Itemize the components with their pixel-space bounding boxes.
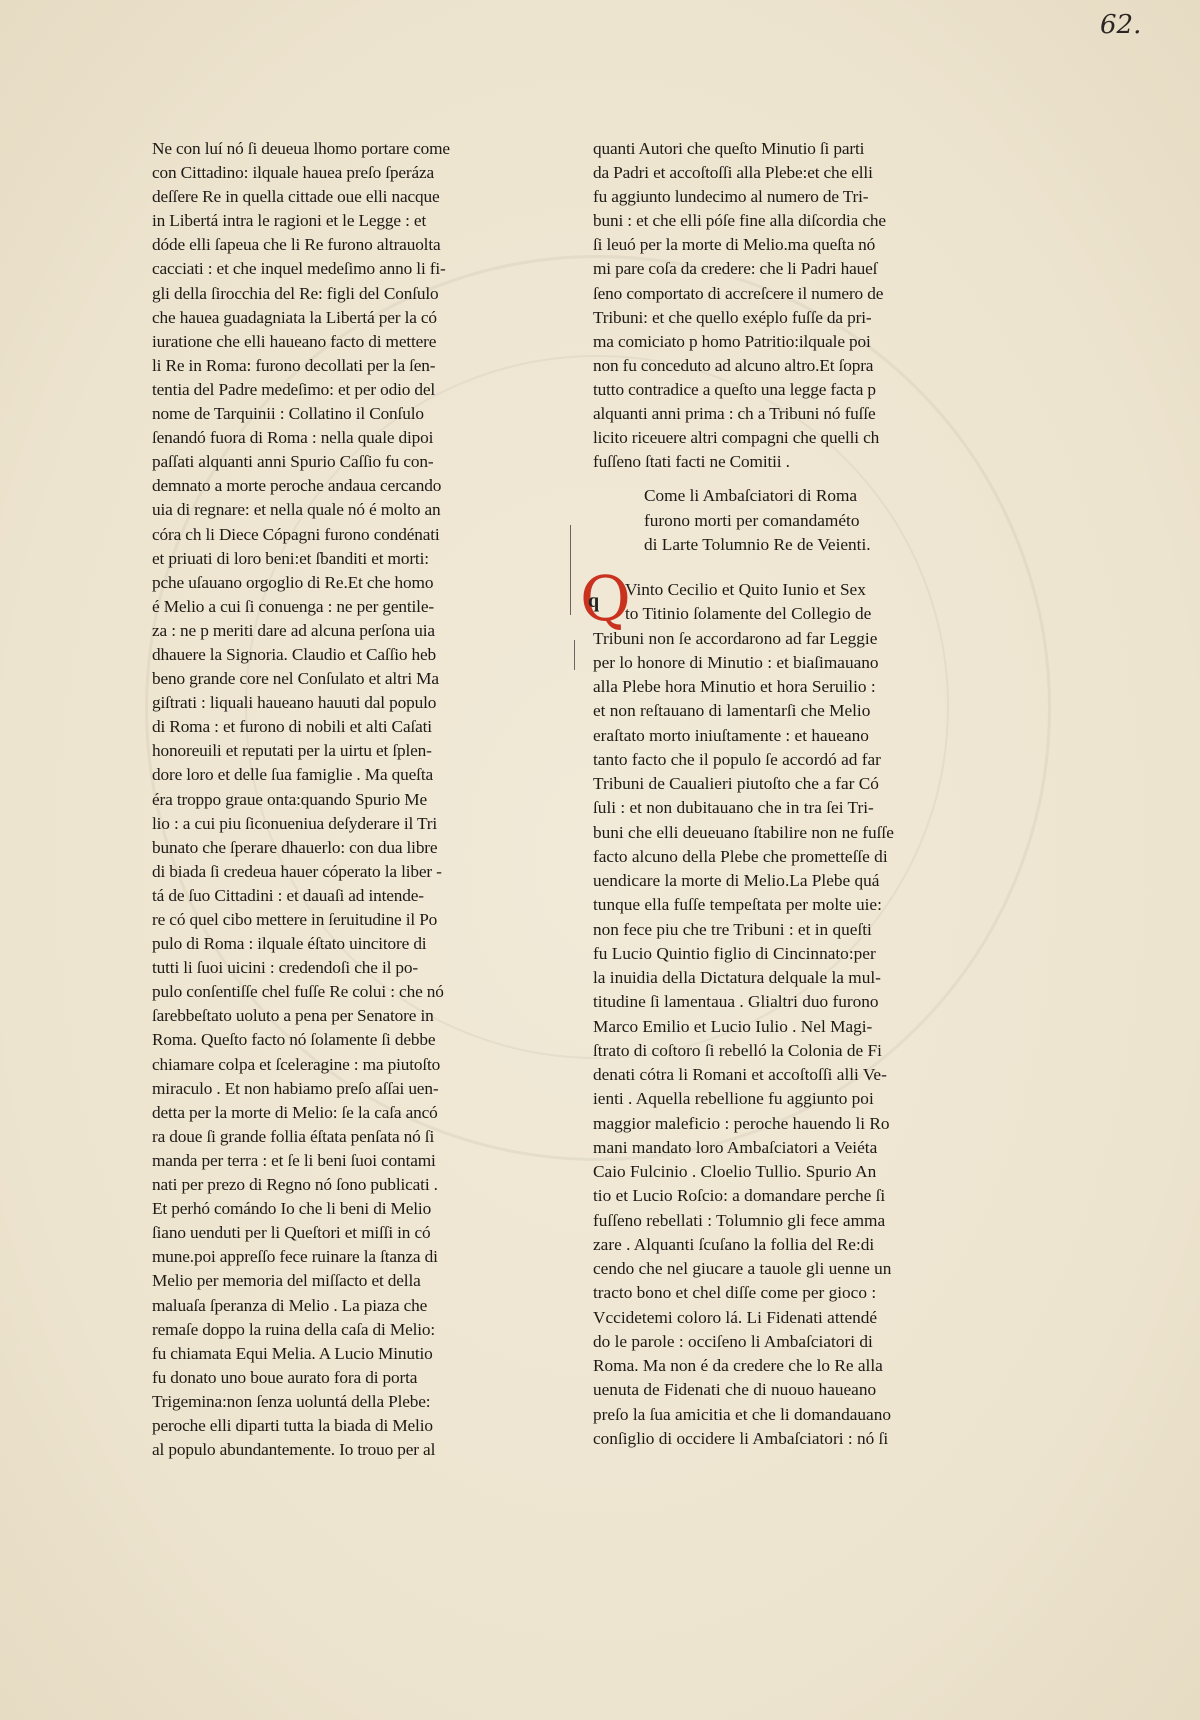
- text-line: Come li Ambaſciatori di Roma: [644, 484, 871, 509]
- text-line: Caio Fulcinio . Cloelio Tullio. Spurio A…: [593, 1160, 894, 1184]
- right-column-body: Vinto Cecilio et Quito Iunio et Sexto Ti…: [593, 578, 894, 1451]
- text-line: di Roma : et furono di nobili et alti Ca…: [152, 715, 450, 739]
- text-line: maluaſa ſperanza di Melio . La piaza che: [152, 1294, 450, 1318]
- text-line: fu donato uno boue aurato fora di porta: [152, 1366, 450, 1390]
- text-line: ſi leuó per la morte di Melio.ma queſta …: [593, 233, 886, 257]
- folio-number: 62.: [1100, 10, 1141, 40]
- text-line: facto alcuno della Plebe che prometteſſe…: [593, 845, 894, 869]
- text-line: iuratione che elli haueano facto di mett…: [152, 330, 450, 354]
- text-line: ienti . Aquella rebellione fu aggiunto p…: [593, 1087, 894, 1111]
- text-line: et priuati di loro beni:et ſbanditi et m…: [152, 547, 450, 571]
- text-line: dhauere la Signoria. Claudio et Caſſio h…: [152, 643, 450, 667]
- text-line: cendo che nel giucare a tauole gli uenne…: [593, 1257, 894, 1281]
- text-line: manda per terra : et ſe li beni ſuoi con…: [152, 1149, 450, 1173]
- text-line: et non reſtauano di lamentarſi che Melio: [593, 699, 894, 723]
- text-line: giſtrati : liquali haueano hauuti dal po…: [152, 691, 450, 715]
- text-line: dóde elli ſapeua che li Re furono altrau…: [152, 233, 450, 257]
- text-line: dore loro et delle ſua famiglie . Ma que…: [152, 763, 450, 787]
- text-line: li Re in Roma: furono decollati per la ſ…: [152, 354, 450, 378]
- text-line: licito riceuere altri compagni che quell…: [593, 426, 886, 450]
- text-line: in Libertá intra le ragioni et le Legge …: [152, 209, 450, 233]
- text-line: ſiano uenduti per li Queſtori et miſſi i…: [152, 1221, 450, 1245]
- text-line: peroche elli diparti tutta la biada di M…: [152, 1414, 450, 1438]
- text-line: honoreuili et reputati per la uirtu et ſ…: [152, 739, 450, 763]
- text-line: to Titinio ſolamente del Collegio de: [593, 602, 894, 626]
- text-line: ſuli : et non dubitauano che in tra ſei …: [593, 796, 894, 820]
- text-line: tio et Lucio Roſcio: a domandare perche …: [593, 1184, 894, 1208]
- text-line: deſſere Re in quella cittade oue elli na…: [152, 185, 450, 209]
- marginal-pen-stroke: [574, 640, 575, 670]
- text-line: Trigemina:non ſenza uoluntá della Plebe:: [152, 1390, 450, 1414]
- text-line: di Larte Tolumnio Re de Veienti.: [644, 533, 871, 558]
- text-line: do le parole : occiſeno li Ambaſciatori …: [593, 1330, 894, 1354]
- text-line: é Melio a cui ſi conuenga : ne per genti…: [152, 595, 450, 619]
- text-line: di biada ſi credeua hauer cóperato la li…: [152, 860, 450, 884]
- text-line: la inuidia della Dictatura delquale la m…: [593, 966, 894, 990]
- text-line: Roma. Ma non é da credere che lo Re alla: [593, 1354, 894, 1378]
- text-line: fu chiamata Equi Melia. A Lucio Minutio: [152, 1342, 450, 1366]
- text-line: Roma. Queſto facto nó ſolamente ſi debbe: [152, 1028, 450, 1052]
- text-line: pche uſauano orgoglio di Re.Et che homo: [152, 571, 450, 595]
- text-line: beno grande core nel Conſulato et altri …: [152, 667, 450, 691]
- text-line: tutto contradice a queſto una legge fact…: [593, 378, 886, 402]
- text-line: buni : et che elli póſe fine alla diſcor…: [593, 209, 886, 233]
- text-line: Melio per memoria del miſſacto et della: [152, 1269, 450, 1293]
- right-column-top: quanti Autori che queſto Minutio ſi part…: [593, 137, 886, 474]
- text-line: ſeno comportato di accreſcere il numero …: [593, 282, 886, 306]
- text-line: Et perhó comándo Io che li beni di Melio: [152, 1197, 450, 1221]
- text-line: éra troppo graue onta:quando Spurio Me: [152, 788, 450, 812]
- text-line: furono morti per comandaméto: [644, 509, 871, 534]
- text-line: ſarebbeſtato uoluto a pena per Senatore …: [152, 1004, 450, 1028]
- marginal-pen-stroke: [570, 525, 571, 615]
- text-line: uenuta de Fidenati che di nuouo haueano: [593, 1378, 894, 1402]
- text-line: ſenandó fuora di Roma : nella quale dipo…: [152, 426, 450, 450]
- text-line: buni che elli deueuano ſtabilire non ne …: [593, 821, 894, 845]
- text-line: ra doue ſi grande follia éſtata penſata …: [152, 1125, 450, 1149]
- text-line: tanto facto che il populo ſe accordó ad …: [593, 748, 894, 772]
- chapter-heading: Come li Ambaſciatori di Romafurono morti…: [644, 484, 871, 558]
- text-line: quanti Autori che queſto Minutio ſi part…: [593, 137, 886, 161]
- text-line: alquanti anni prima : ch a Tribuni nó fu…: [593, 402, 886, 426]
- text-line: per lo honore di Minutio : et biaſimauan…: [593, 651, 894, 675]
- text-line: chiamare colpa et ſceleragine : ma piuto…: [152, 1053, 450, 1077]
- text-line: fu aggiunto lundecimo al numero de Tri-: [593, 185, 886, 209]
- text-line: mune.poi appreſſo fece ruinare la ſtanza…: [152, 1245, 450, 1269]
- text-line: nome de Tarquinii : Collatino il Conſulo: [152, 402, 450, 426]
- text-line: non fece piu che tre Tribuni : et in que…: [593, 918, 894, 942]
- text-line: demnato a morte peroche andaua cercando: [152, 474, 450, 498]
- text-line: mi pare coſa da credere: che li Padri ha…: [593, 257, 886, 281]
- text-line: con Cittadino: ilquale hauea preſo ſperá…: [152, 161, 450, 185]
- text-line: uendicare la morte di Melio.La Plebe quá: [593, 869, 894, 893]
- manuscript-page: 62. Ne con luí nó ſi deueua lhomo portar…: [0, 0, 1200, 1720]
- text-line: paſſati alquanti anni Spurio Caſſio fu c…: [152, 450, 450, 474]
- text-line: tentia del Padre medeſimo: et per odio d…: [152, 378, 450, 402]
- text-line: córa ch li Diece Cópagni furono condénat…: [152, 523, 450, 547]
- text-line: che hauea guadagniata la Libertá per la …: [152, 306, 450, 330]
- left-column: Ne con luí nó ſi deueua lhomo portare co…: [152, 137, 450, 1462]
- text-line: nati per prezo di Regno nó ſono publicat…: [152, 1173, 450, 1197]
- text-line: Vccidetemi coloro lá. Li Fidenati attend…: [593, 1306, 894, 1330]
- text-line: fuſſeno ſtati facti ne Comitii .: [593, 450, 886, 474]
- text-line: eraſtato morto iniuſtamente : et haueano: [593, 724, 894, 748]
- text-line: cacciati : et che inquel medeſimo anno l…: [152, 257, 450, 281]
- text-line: uia di regnare: et nella quale nó é molt…: [152, 498, 450, 522]
- text-line: ſtrato di coſtoro ſi rebelló la Colonia …: [593, 1039, 894, 1063]
- text-line: Tribuni de Caualieri piutoſto che a far …: [593, 772, 894, 796]
- text-line: re có quel cibo mettere in ſeruitudine i…: [152, 908, 450, 932]
- text-line: tá de ſuo Cittadini : et dauaſi ad inten…: [152, 884, 450, 908]
- text-line: non fu conceduto ad alcuno altro.Et ſopr…: [593, 354, 886, 378]
- text-line: fuſſeno rebellati : Tolumnio gli fece am…: [593, 1209, 894, 1233]
- text-line: detta per la morte di Melio: ſe la caſa …: [152, 1101, 450, 1125]
- text-line: gli della ſirocchia del Re: figli del Co…: [152, 282, 450, 306]
- text-line: Tribuni non ſe accordarono ad far Leggie: [593, 627, 894, 651]
- text-line: denati cótra li Romani et accoſtoſſi all…: [593, 1063, 894, 1087]
- text-line: tutti li ſuoi uicini : credendoſi che il…: [152, 956, 450, 980]
- text-line: tracto bono et chel diſſe come per gioco…: [593, 1281, 894, 1305]
- text-line: Vinto Cecilio et Quito Iunio et Sex: [593, 578, 894, 602]
- text-line: preſo la ſua amicitia et che li domandau…: [593, 1403, 894, 1427]
- text-line: maggior maleficio : peroche hauendo li R…: [593, 1112, 894, 1136]
- text-line: titudine ſi lamentaua . Glialtri duo fur…: [593, 990, 894, 1014]
- text-line: al populo abundantemente. Io trouo per a…: [152, 1438, 450, 1462]
- text-line: miraculo . Et non habiamo preſo aſſai ue…: [152, 1077, 450, 1101]
- text-line: ma comiciato p homo Patritio:ilquale poi: [593, 330, 886, 354]
- text-line: alla Plebe hora Minutio et hora Seruilio…: [593, 675, 894, 699]
- text-line: mani mandato loro Ambaſciatori a Veiéta: [593, 1136, 894, 1160]
- text-line: za : ne p meriti dare ad alcuna perſona …: [152, 619, 450, 643]
- text-line: tunque ella fuſſe tempeſtata per molte u…: [593, 893, 894, 917]
- text-line: bunato che ſperare dhauerlo: con dua lib…: [152, 836, 450, 860]
- text-line: pulo di Roma : ilquale éſtato uincitore …: [152, 932, 450, 956]
- text-line: Ne con luí nó ſi deueua lhomo portare co…: [152, 137, 450, 161]
- text-line: lio : a cui piu ſiconueniua deſyderare i…: [152, 812, 450, 836]
- text-line: Marco Emilio et Lucio Iulio . Nel Magi-: [593, 1015, 894, 1039]
- text-line: conſiglio di occidere li Ambaſciatori : …: [593, 1427, 894, 1451]
- text-line: da Padri et accoſtoſſi alla Plebe:et che…: [593, 161, 886, 185]
- text-line: fu Lucio Quintio figlio di Cincinnato:pe…: [593, 942, 894, 966]
- text-line: pulo conſentiſſe chel fuſſe Re colui : c…: [152, 980, 450, 1004]
- text-line: remaſe doppo la ruina della caſa di Meli…: [152, 1318, 450, 1342]
- text-line: zare . Alquanti ſcuſano la follia del Re…: [593, 1233, 894, 1257]
- text-line: Tribuni: et che quello exéplo fuſſe da p…: [593, 306, 886, 330]
